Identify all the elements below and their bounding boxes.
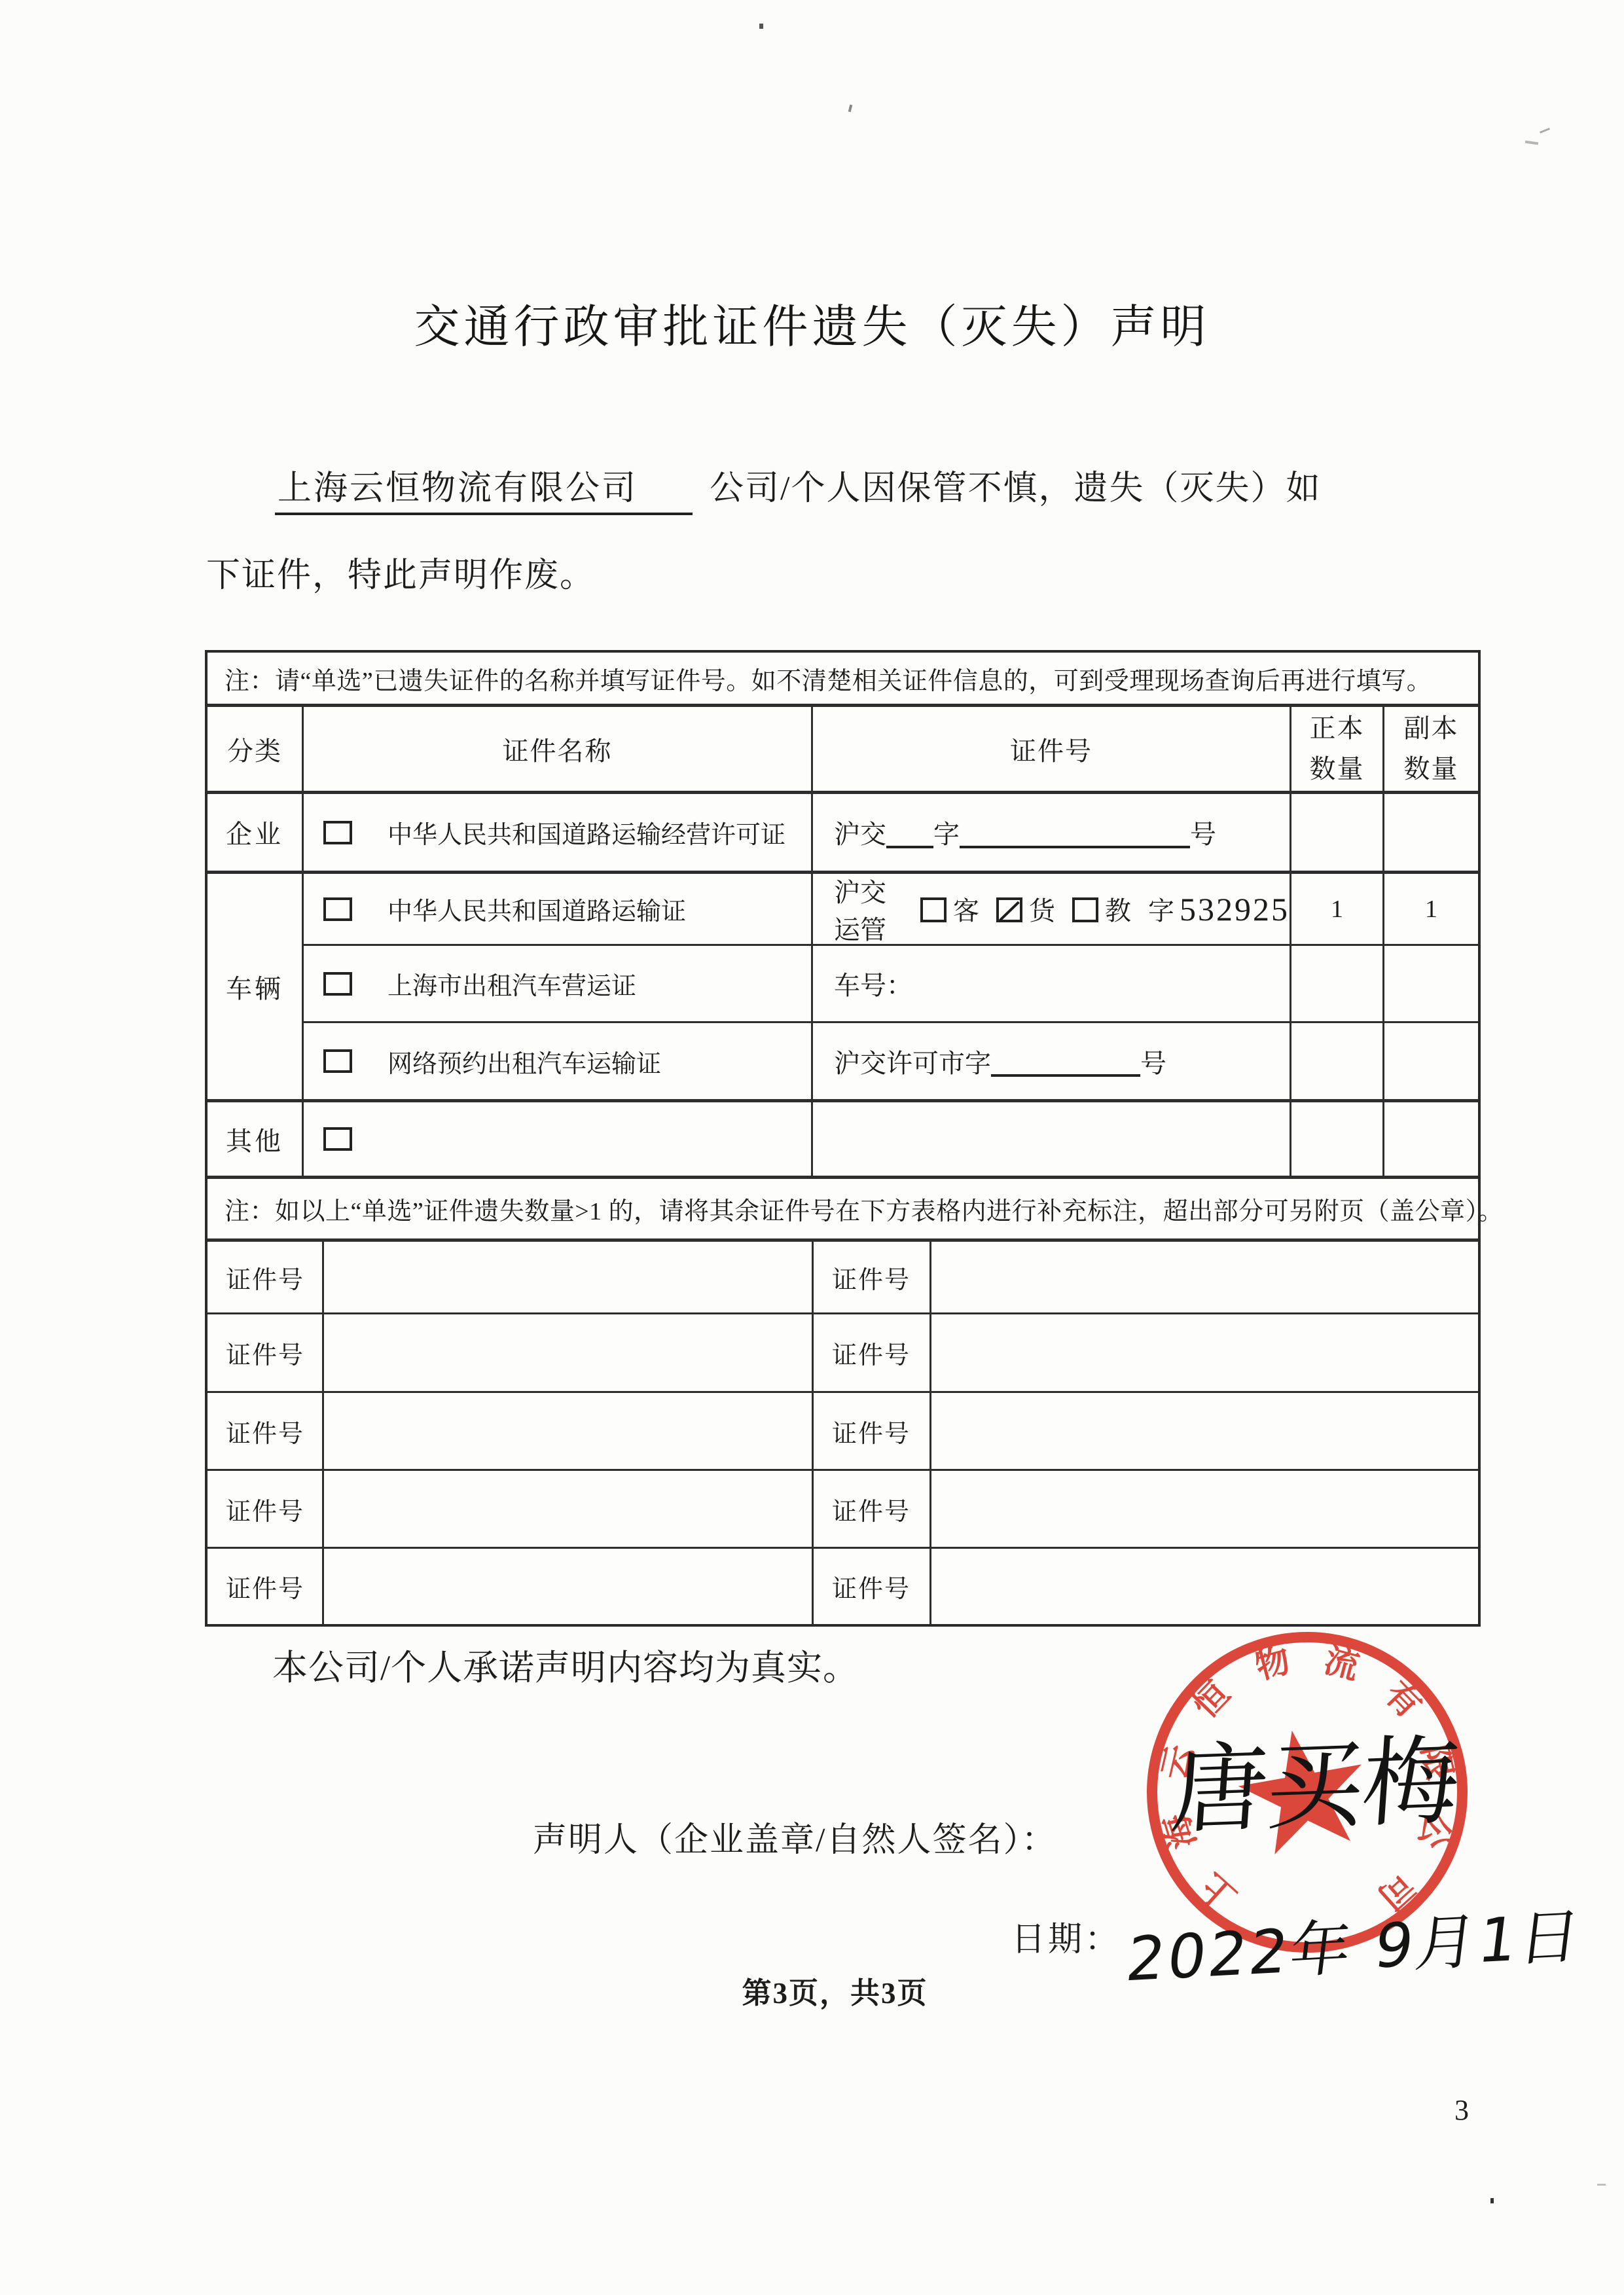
document-title: 交通行政审批证件遗失（灭失）声明 (0, 290, 1624, 356)
checkbox-taxi-cert (323, 972, 352, 996)
checkbox-passenger (920, 897, 947, 922)
checkbox-training (1072, 897, 1098, 922)
extra-label: 证件号 (208, 1314, 324, 1393)
cert-no-other (813, 1102, 1291, 1179)
original-qty-row4 (1291, 1023, 1384, 1102)
intro-line-1: 上海云恒物流有限公司公司/个人因保管不慎，遗失（灭失）如 (206, 460, 1321, 509)
corner-page-number: 3 (1454, 2093, 1469, 2127)
scan-speck (1525, 141, 1538, 145)
extra-blank-cell (324, 1314, 814, 1393)
cert-row-other (304, 1102, 813, 1179)
copy-qty-row3 (1384, 946, 1478, 1023)
checkbox-road-transport-cert (323, 897, 352, 921)
table-note-1: 注：请“单选”已遗失证件的名称并填写证件号。如不清楚相关证件信息的，可到受理现场… (208, 653, 1478, 707)
extra-blank-cell (931, 1314, 1478, 1393)
certificate-loss-table: 注：请“单选”已遗失证件的名称并填写证件号。如不清楚相关证件信息的，可到受理现场… (205, 650, 1481, 1627)
extra-label: 证件号 (814, 1314, 931, 1393)
checkbox-online-taxi-cert (323, 1049, 352, 1073)
copy-qty-row1 (1384, 794, 1478, 874)
category-other: 其他 (208, 1102, 304, 1179)
scan-speck (759, 24, 763, 29)
extra-label: 证件号 (208, 1242, 324, 1314)
blank-line (886, 817, 933, 848)
category-vehicle: 车辆 (208, 874, 304, 1102)
header-copy-qty: 副本 数量 (1384, 707, 1478, 794)
cert-row-taxi-cert: 上海市出租汽车营运证 (304, 946, 813, 1023)
copy-qty-row5 (1384, 1102, 1478, 1179)
extra-blank-cell (931, 1242, 1478, 1314)
extra-label: 证件号 (208, 1549, 324, 1624)
intro-line-2: 下证件，特此声明作废。 (206, 547, 595, 596)
original-qty-row3 (1291, 946, 1384, 1023)
extra-cert-no-grid: 证件号 证件号 证件号 证件号 证件号 证件号 证件号 证件号 证件号 证件号 (208, 1242, 1478, 1624)
handwritten-signature: 唐买梅 (1167, 1703, 1464, 1852)
confirmation-statement: 本公司/个人承诺声明内容均为真实。 (272, 1640, 859, 1690)
extra-blank-cell (324, 1549, 814, 1624)
extra-blank-cell (324, 1393, 814, 1471)
declarant-label: 声明人（企业盖章/自然人签名）： (533, 1812, 1056, 1861)
extra-label: 证件号 (814, 1471, 931, 1549)
original-qty-row2: 1 (1291, 874, 1384, 946)
extra-blank-cell (931, 1471, 1478, 1549)
checkbox-other (323, 1127, 352, 1151)
cert-no-transport-cert: 沪交运管 客 货 教 字 532925 (813, 874, 1291, 946)
cert-row-online-taxi-cert: 网络预约出租汽车运输证 (304, 1023, 813, 1102)
scanned-document-page: 交通行政审批证件遗失（灭失）声明 上海云恒物流有限公司公司/个人因保管不慎，遗失… (0, 0, 1624, 2295)
extra-label: 证件号 (814, 1549, 931, 1624)
intro-text: 公司/个人因保管不慎，遗失（灭失）如 (710, 470, 1321, 507)
extra-blank-cell (931, 1393, 1478, 1471)
scan-speck (1490, 2198, 1494, 2203)
scan-speck (1597, 2184, 1606, 2186)
blank-line (960, 817, 1190, 848)
category-enterprise: 企业 (208, 794, 304, 874)
header-cert-no: 证件号 (813, 707, 1291, 794)
header-original-qty: 正本 数量 (1291, 707, 1384, 794)
header-category: 分类 (208, 707, 304, 794)
extra-blank-cell (324, 1242, 814, 1314)
scan-speck (1540, 128, 1550, 134)
checkbox-freight-checked (996, 897, 1022, 922)
original-qty-row1 (1291, 794, 1384, 874)
blank-line (991, 1045, 1140, 1077)
scan-speck (848, 105, 853, 113)
copy-qty-row4 (1384, 1023, 1478, 1102)
cert-no-online-taxi: 沪交许可市字号 (813, 1023, 1291, 1102)
cert-row-license: 中华人民共和国道路运输经营许可证 (304, 794, 813, 874)
cert-no-license: 沪交字号 (813, 794, 1291, 874)
date-label: 日期： (1011, 1911, 1121, 1961)
cert-no-taxi: 车号： (813, 946, 1291, 1023)
main-grid: 注：请“单选”已遗失证件的名称并填写证件号。如不清楚相关证件信息的，可到受理现场… (208, 653, 1478, 1242)
original-qty-row5 (1291, 1102, 1384, 1179)
cert-row-transport-cert: 中华人民共和国道路运输证 (304, 874, 813, 946)
extra-label: 证件号 (208, 1471, 324, 1549)
extra-label: 证件号 (814, 1393, 931, 1471)
checkbox-road-transport-license (323, 821, 352, 844)
header-cert-name: 证件名称 (304, 707, 813, 794)
copy-qty-row2: 1 (1384, 874, 1478, 946)
extra-label: 证件号 (814, 1242, 931, 1314)
extra-blank-cell (931, 1549, 1478, 1624)
extra-blank-cell (324, 1471, 814, 1549)
extra-label: 证件号 (208, 1393, 324, 1471)
company-name-underlined: 上海云恒物流有限公司 (275, 470, 693, 515)
cert-number-value: 532925 (1180, 890, 1290, 928)
table-note-2: 注：如以上“单选”证件遗失数量>1 的，请将其余证件号在下方表格内进行补充标注，… (208, 1179, 1478, 1242)
